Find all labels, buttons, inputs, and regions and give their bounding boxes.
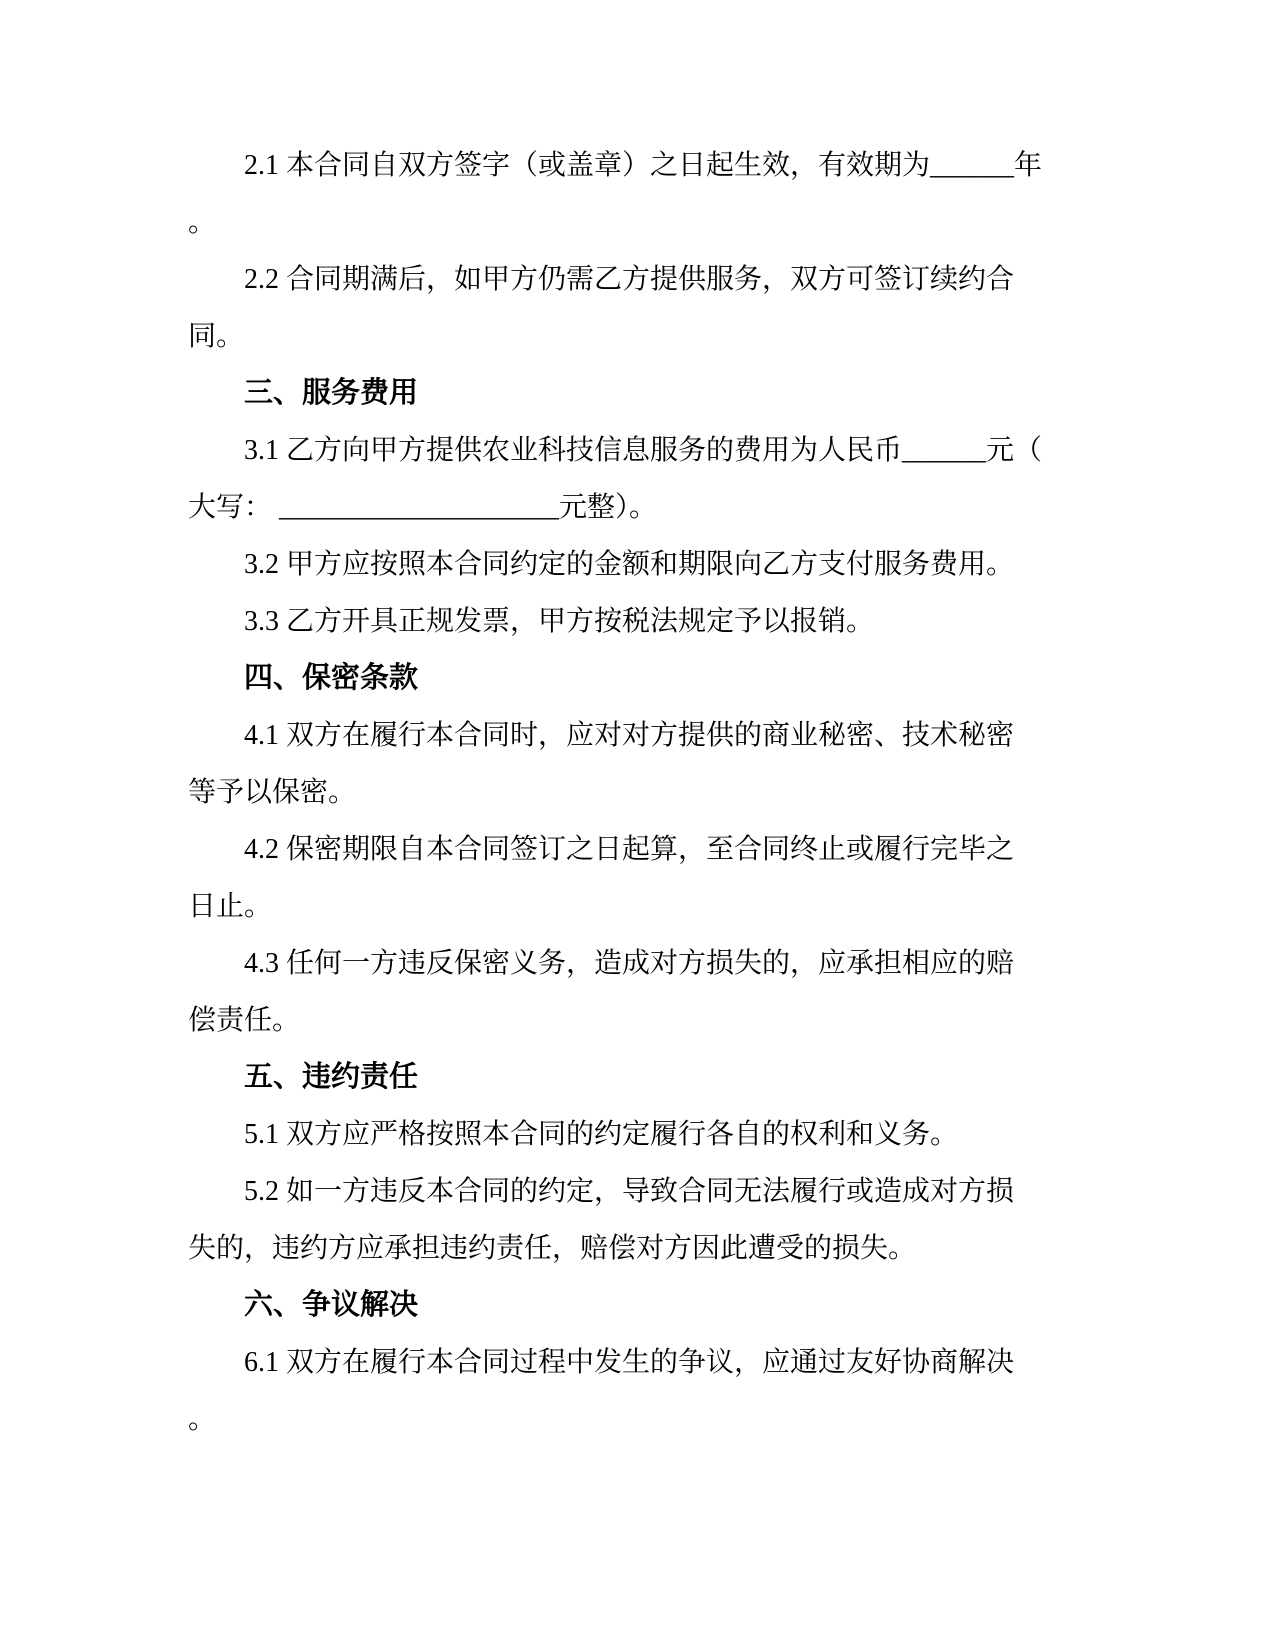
text-line: 4.3 任何一方违反保密义务，造成对方损失的，应承担相应的赔 — [188, 935, 1068, 992]
text-line: 2.1 本合同自双方签字（或盖章）之日起生效，有效期为______年 — [188, 137, 1068, 194]
text-line: 同。 — [188, 308, 1068, 365]
text-line: 。 — [188, 194, 1068, 251]
text-line: 2.2 合同期满后，如甲方仍需乙方提供服务，双方可签订续约合 — [188, 251, 1068, 308]
text-line: 等予以保密。 — [188, 764, 1068, 821]
section-heading: 五、违约责任 — [188, 1049, 1068, 1106]
section-heading: 六、争议解决 — [188, 1277, 1068, 1334]
text-line: 失的，违约方应承担违约责任，赔偿对方因此遭受的损失。 — [188, 1220, 1068, 1277]
text-line: 6.1 双方在履行本合同过程中发生的争议，应通过友好协商解决 — [188, 1334, 1068, 1391]
text-line: 偿责任。 — [188, 992, 1068, 1049]
section-heading: 三、服务费用 — [188, 365, 1068, 422]
text-line: 3.1 乙方向甲方提供农业科技信息服务的费用为人民币______元（ — [188, 422, 1068, 479]
text-line: 4.1 双方在履行本合同时，应对对方提供的商业秘密、技术秘密 — [188, 707, 1068, 764]
text-line: 3.3 乙方开具正规发票，甲方按税法规定予以报销。 — [188, 593, 1068, 650]
text-line: 大写： ____________________元整）。 — [188, 479, 1068, 536]
text-line: 5.2 如一方违反本合同的约定，导致合同无法履行或造成对方损 — [188, 1163, 1068, 1220]
text-line: 3.2 甲方应按照本合同约定的金额和期限向乙方支付服务费用。 — [188, 536, 1068, 593]
contract-text-block: 2.1 本合同自双方签字（或盖章）之日起生效，有效期为______年。2.2 合… — [188, 137, 1068, 1448]
section-heading: 四、保密条款 — [188, 650, 1068, 707]
document-page: 2.1 本合同自双方签字（或盖章）之日起生效，有效期为______年。2.2 合… — [0, 0, 1275, 1650]
text-line: 5.1 双方应严格按照本合同的约定履行各自的权利和义务。 — [188, 1106, 1068, 1163]
text-line: 4.2 保密期限自本合同签订之日起算，至合同终止或履行完毕之 — [188, 821, 1068, 878]
text-line: 。 — [188, 1391, 1068, 1448]
text-line: 日止。 — [188, 878, 1068, 935]
